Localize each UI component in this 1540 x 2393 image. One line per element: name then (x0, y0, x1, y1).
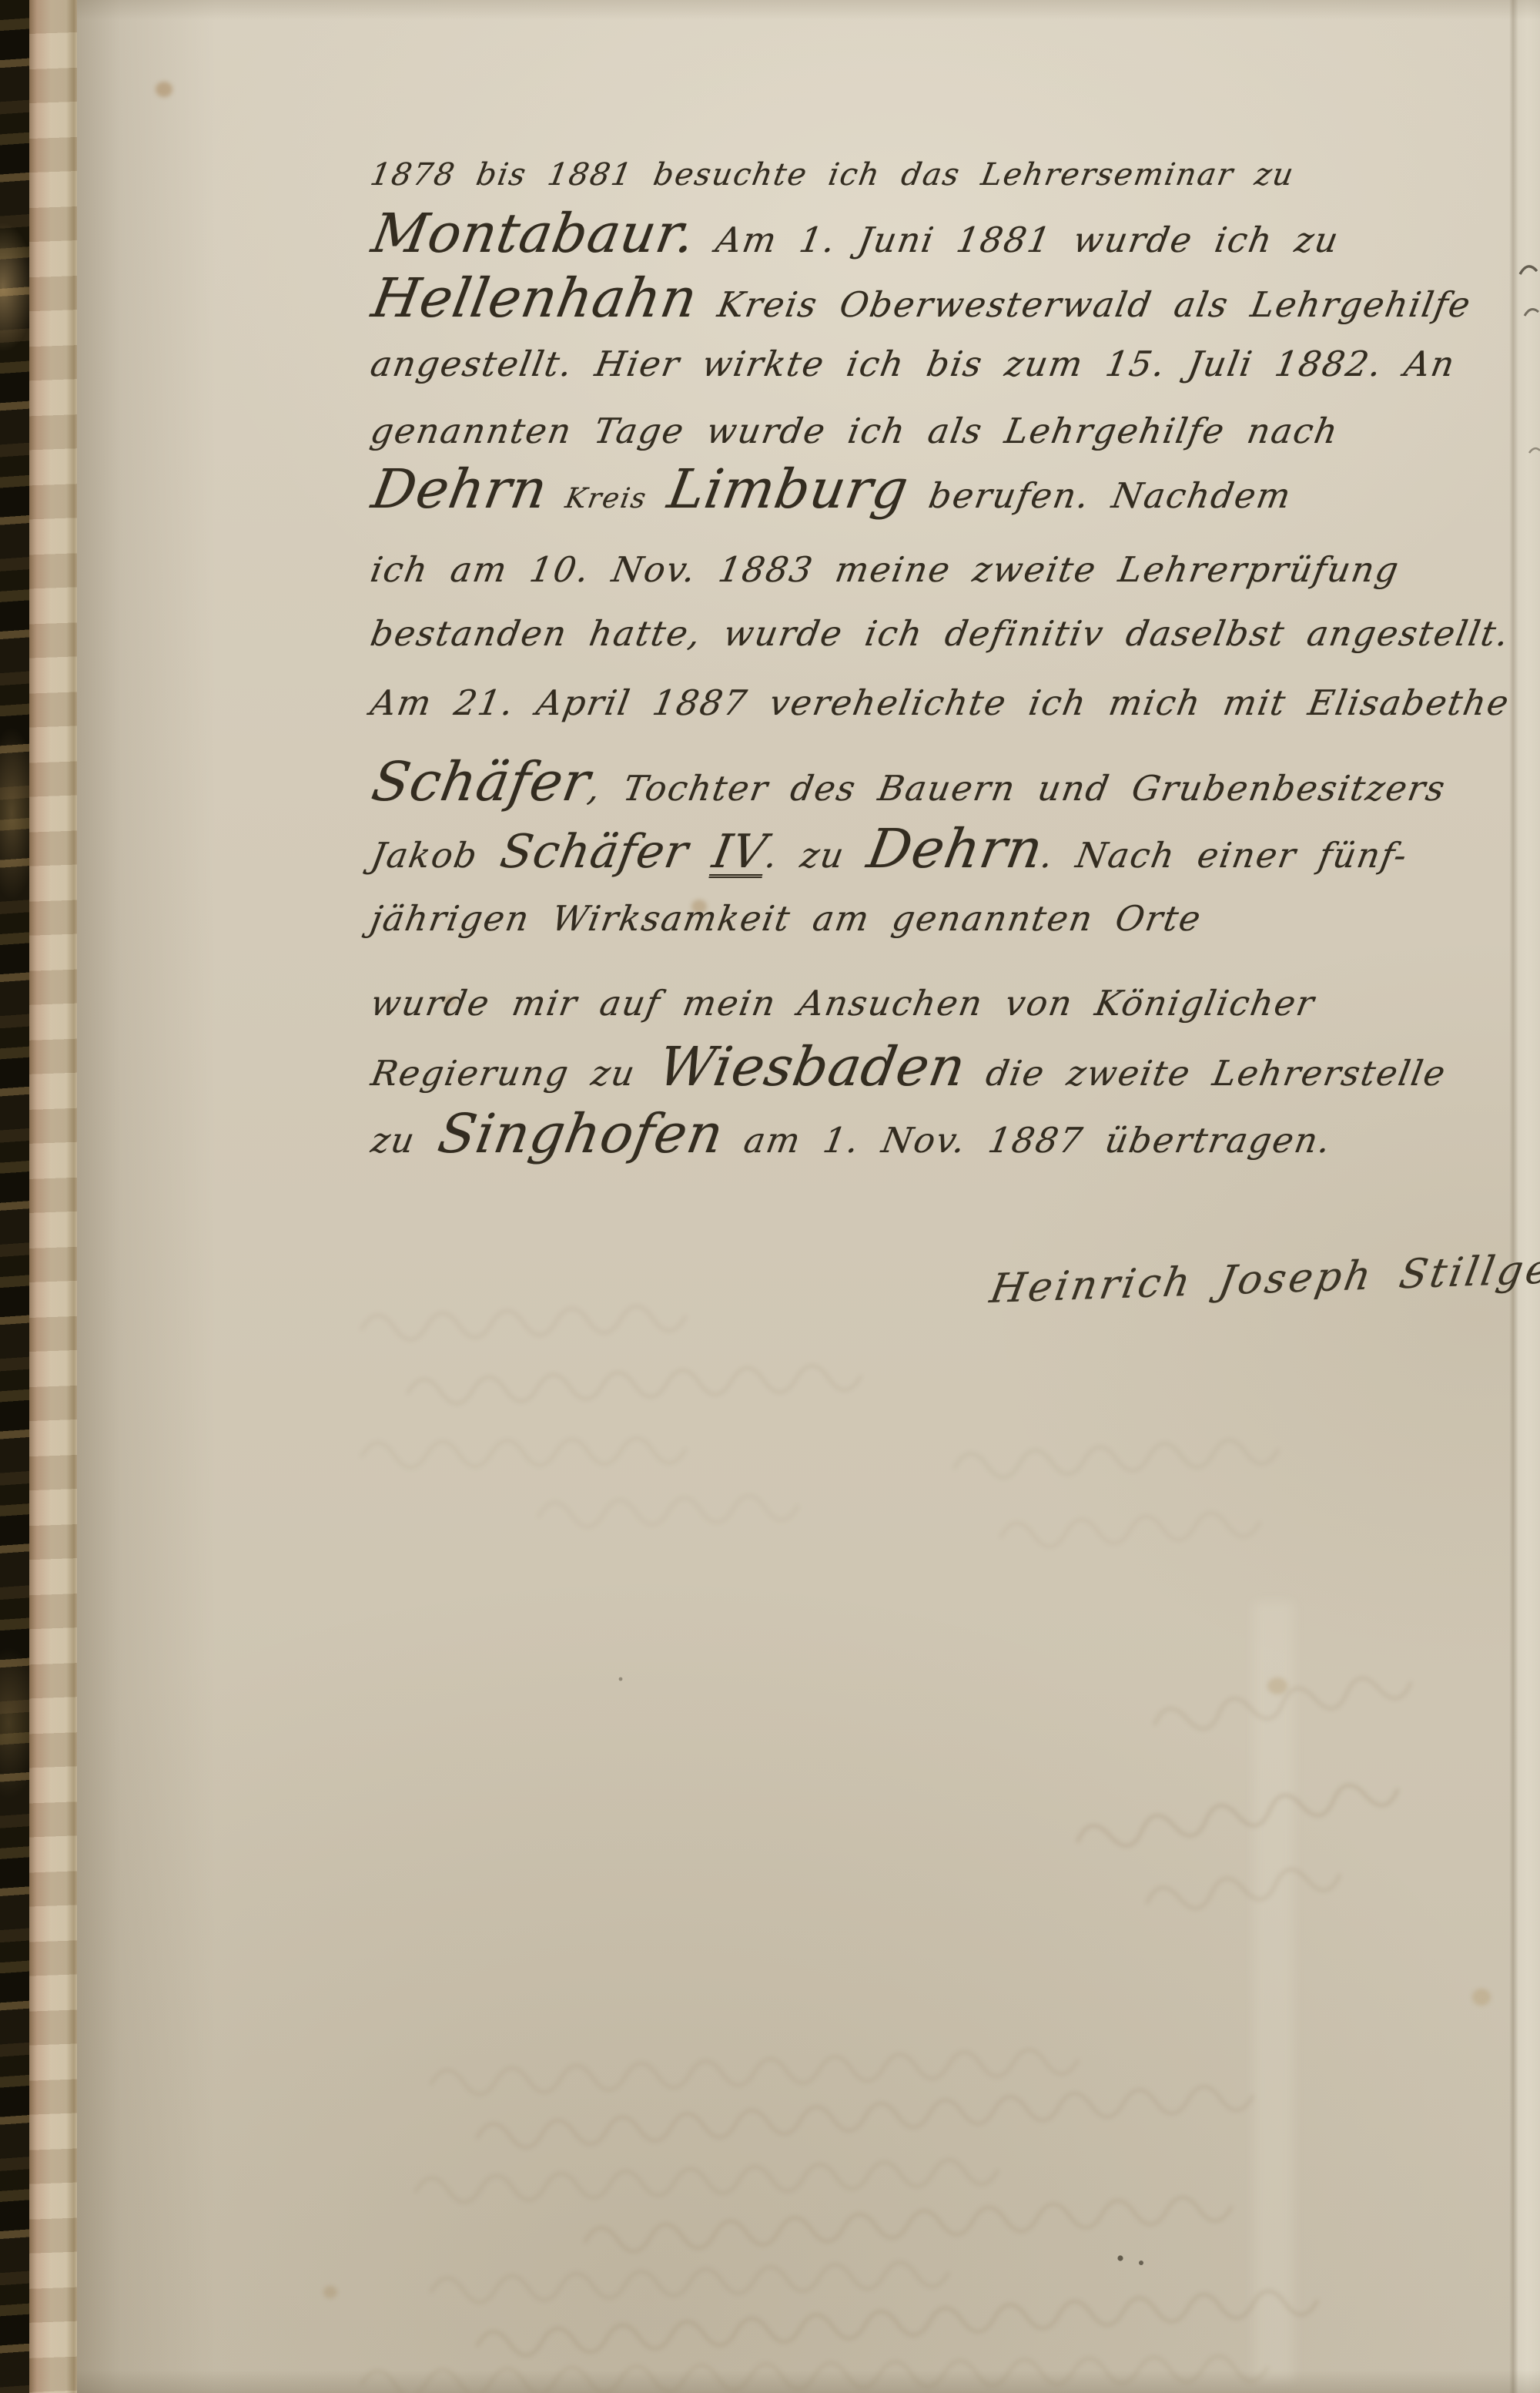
text-segment: Regierung zu (368, 1053, 661, 1094)
text-segment: , Tochter des Bauern und Grubenbesitzers (585, 768, 1449, 809)
place-name: Dehrn (367, 457, 553, 521)
text-segment: ich am 10. Nov. 1883 meine zweite Lehrer… (367, 549, 1403, 590)
text-segment: berufen. Nachdem (903, 475, 1295, 516)
place-name: Montabaur. (367, 202, 701, 265)
manuscript-line: jährigen Wirksamkeit am genannten Orte (368, 901, 1204, 936)
person-name: Schäfer (367, 750, 595, 813)
manuscript-line: 1878 bis 1881 besuchte ich das Lehrersem… (368, 159, 1297, 190)
manuscript-line: Schäfer, Tochter des Bauern und Grubenbe… (368, 755, 1451, 809)
place-name: Wiesbaden (654, 1035, 971, 1098)
text-segment: genannten Tage wurde ich als Lehrgehilfe… (367, 411, 1342, 451)
text-segment: . Nach einer fünf- (1038, 835, 1411, 876)
manuscript-line: Hellenhahn Kreis Oberwesterwald als Lehr… (368, 271, 1477, 325)
text-segment: Am 1. Juni 1881 wurde ich zu (690, 220, 1342, 260)
person-name: Schäfer (497, 825, 718, 879)
text-segment: angestellt. Hier wirkte ich bis zum 15. … (367, 344, 1458, 384)
place-name: Singhofen (434, 1102, 728, 1165)
manuscript-line: Am 21. April 1887 verehelichte ich mich … (368, 685, 1512, 720)
manuscript-line: Montabaur. Am 1. Juni 1881 wurde ich zu (368, 206, 1345, 260)
manuscript-page: 1878 bis 1881 besuchte ich das Lehrersem… (0, 0, 1540, 2393)
text-segment: bestanden hatte, wurde ich definitiv das… (367, 613, 1513, 654)
text-segment: 1878 bis 1881 besuchte ich das Lehrersem… (367, 157, 1297, 193)
text-segment: Kreis (543, 483, 671, 514)
manuscript-line: Regierung zu Wiesbaden die zweite Lehrer… (368, 1040, 1452, 1094)
text-segment: am 1. Nov. 1887 übertragen. (718, 1120, 1335, 1161)
place-name: Limburg (663, 457, 913, 521)
manuscript-line: genannten Tage wurde ich als Lehrgehilfe… (368, 414, 1341, 448)
manuscript-line: ich am 10. Nov. 1883 meine zweite Lehrer… (368, 552, 1402, 587)
text-segment: Jakob (368, 835, 504, 876)
manuscript-line: Jakob Schäfer IV. zu Dehrn. Nach einer f… (368, 822, 1414, 876)
text-segment: Kreis Oberwesterwald als Lehrgehilfe (692, 284, 1475, 325)
text-segment: jährigen Wirksamkeit am genannten Orte (367, 898, 1205, 939)
place-name: Hellenhahn (367, 266, 702, 330)
text-segment: die zweite Lehrerstelle (960, 1053, 1449, 1094)
manuscript-line: bestanden hatte, wurde ich definitiv das… (368, 616, 1512, 651)
manuscript-line: wurde mir auf mein Ansuchen von Königlic… (368, 986, 1318, 1021)
text-segment: . zu (762, 835, 871, 876)
text-segment: Am 21. April 1887 verehelichte ich mich … (367, 682, 1513, 723)
person-name-suffix: IV (708, 825, 771, 879)
manuscript-line: angestellt. Hier wirkte ich bis zum 15. … (368, 347, 1458, 381)
manuscript-line: zu Singhofen am 1. Nov. 1887 übertragen. (368, 1107, 1337, 1161)
manuscript-line: Dehrn Kreis Limburg berufen. Nachdem (368, 462, 1297, 516)
text-segment: wurde mir auf mein Ansuchen von Königlic… (367, 983, 1318, 1024)
text-segment: zu (368, 1120, 441, 1161)
place-name: Dehrn (863, 817, 1049, 880)
